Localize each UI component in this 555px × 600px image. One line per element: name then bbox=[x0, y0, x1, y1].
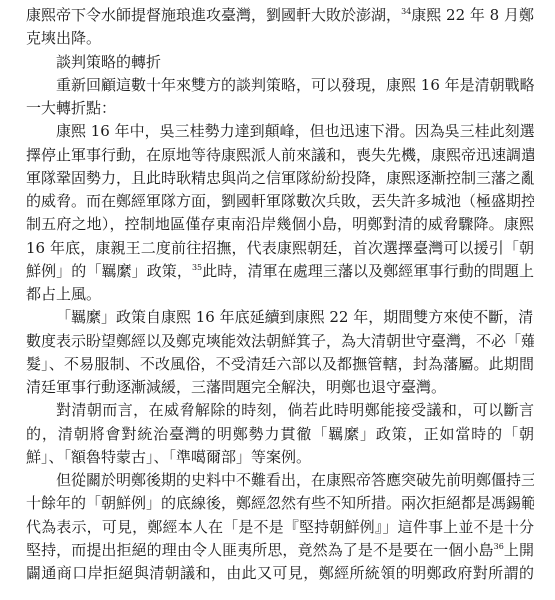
section-heading: 談判策略的轉折 bbox=[26, 51, 534, 74]
paragraph-line: 闢通商口岸拒絕與清朝議和，由此又可見，鄭經所統領的明鄭政府對所謂的 bbox=[26, 562, 534, 585]
line-text: 擇停止軍事行動，在原地等待康熙派人前來議和，喪失先機，康熙帝迅速調遣 bbox=[26, 146, 534, 164]
line-text: 對清朝而言，在威脅解除的時刻，倘若此時明鄭能接受議和，可以斷言 bbox=[56, 401, 534, 419]
line-text: 制五府之地），控制地區僅存東南沿岸幾個小島，明鄭對清的威脅驟降。康熙 bbox=[26, 215, 534, 233]
heading-text: 談判策略的轉折 bbox=[56, 53, 161, 71]
line-text: 闢通商口岸拒絕與清朝議和，由此又可見，鄭經所統領的明鄭政府對所謂的 bbox=[26, 564, 534, 582]
line-text: 此時，清軍在處理三藩以及鄭經軍事行動的問題上 bbox=[202, 262, 534, 280]
line-text: 堅持，而提出拒絕的理由令人匪夷所思，竟然為了是不是要在一個小島 bbox=[26, 541, 494, 559]
paragraph-line: 代為表示，可見，鄭經本人在「是不是『堅持朝鮮例』」這件事上並不是十分 bbox=[26, 516, 534, 539]
footnote-ref-36[interactable]: 36 bbox=[494, 542, 504, 551]
line-text: 「羈縻」政策自康熙 16 年底延續到康熙 22 年，期間雙方來使不斷，清朝 bbox=[56, 308, 534, 326]
line-text: 上開 bbox=[504, 541, 534, 559]
line-text: 克塽出降。 bbox=[26, 29, 101, 47]
paragraph-line: 的，清朝將會對統治臺灣的明鄭勢力貫徹「羈縻」政策，正如當時的「朝 bbox=[26, 423, 534, 446]
paragraph-line: 「羈縻」政策自康熙 16 年底延續到康熙 22 年，期間雙方來使不斷，清朝 bbox=[26, 306, 534, 329]
line-text: 清廷軍事行動逐漸減緩，三藩問題完全解決，明鄭也退守臺灣。 bbox=[26, 378, 446, 396]
paragraph-line: 的威脅。而在鄭經軍隊方面，劉國軒軍隊數次兵敗，丟失許多城池（極盛期控 bbox=[26, 190, 534, 213]
paragraph-line: 鮮例」的「羈縻」政策，35此時，清軍在處理三藩以及鄭經軍事行動的問題上 bbox=[26, 260, 534, 283]
paragraph-line: 康熙帝下令水師提督施琅進攻臺灣，劉國軒大敗於澎湖，34康熙 22 年 8 月鄭 bbox=[26, 4, 534, 27]
paragraph-line: 都占上風。 bbox=[26, 283, 534, 306]
paragraph-line: 一大轉折點： bbox=[26, 97, 534, 120]
document-page: 康熙帝下令水師提督施琅進攻臺灣，劉國軒大敗於澎湖，34康熙 22 年 8 月鄭 … bbox=[26, 4, 534, 585]
line-text: 康熙 22 年 8 月鄭 bbox=[411, 6, 534, 24]
line-text: 重新回顧這數十年來雙方的談判策略，可以發現，康熙 16 年是清朝戰略 bbox=[56, 76, 534, 94]
paragraph-line: 髮」、不易服制、不改風俗，不受清廷六部以及都撫管轄，封為藩屬。此期間 bbox=[26, 353, 534, 376]
line-text: 都占上風。 bbox=[26, 285, 101, 303]
paragraph-line: 康熙 16 年中，吳三桂勢力達到顛峰，但也迅速下滑。因為吳三桂此刻選 bbox=[26, 120, 534, 143]
paragraph-line: 但從關於明鄭後期的史料中不難看出，在康熙帝答應突破先前明鄭僵持三 bbox=[26, 469, 534, 492]
paragraph-line: 克塽出降。 bbox=[26, 27, 534, 50]
line-text: 但從關於明鄭後期的史料中不難看出，在康熙帝答應突破先前明鄭僵持三 bbox=[56, 471, 534, 489]
paragraph-line: 對清朝而言，在威脅解除的時刻，倘若此時明鄭能接受議和，可以斷言 bbox=[26, 399, 534, 422]
line-text: 數度表示盼望鄭經以及鄭克塽能效法朝鮮箕子，為大清朝世守臺灣，不必「薙 bbox=[26, 332, 534, 350]
line-text: 一大轉折點： bbox=[26, 99, 116, 117]
line-text: 十餘年的「朝鮮例」的底線後，鄭經忽然有些不知所措。兩次拒絕都是馮錫範 bbox=[26, 494, 534, 512]
line-text: 康熙 16 年中，吳三桂勢力達到顛峰，但也迅速下滑。因為吳三桂此刻選 bbox=[56, 122, 534, 140]
paragraph-line: 制五府之地），控制地區僅存東南沿岸幾個小島，明鄭對清的威脅驟降。康熙 bbox=[26, 213, 534, 236]
line-text: 鮮」、「額魯特蒙古」、「準噶爾部」等案例。 bbox=[26, 448, 311, 466]
footnote-ref-35[interactable]: 35 bbox=[192, 263, 202, 272]
paragraph-line: 重新回顧這數十年來雙方的談判策略，可以發現，康熙 16 年是清朝戰略 bbox=[26, 74, 534, 97]
line-text: 髮」、不易服制、不改風俗，不受清廷六部以及都撫管轄，封為藩屬。此期間 bbox=[26, 355, 534, 373]
line-text: 鮮例」的「羈縻」政策， bbox=[26, 262, 192, 280]
line-text: 康熙帝下令水師提督施琅進攻臺灣，劉國軒大敗於澎湖， bbox=[26, 6, 401, 24]
paragraph-line: 鮮」、「額魯特蒙古」、「準噶爾部」等案例。 bbox=[26, 446, 534, 469]
paragraph-line: 數度表示盼望鄭經以及鄭克塽能效法朝鮮箕子，為大清朝世守臺灣，不必「薙 bbox=[26, 330, 534, 353]
paragraph-line: 軍隊鞏固勢力，且此時耿精忠與尚之信軍隊紛紛投降，康熙逐漸控制三藩之亂 bbox=[26, 167, 534, 190]
line-text: 的，清朝將會對統治臺灣的明鄭勢力貫徹「羈縻」政策，正如當時的「朝 bbox=[26, 425, 534, 443]
line-text: 16 年底，康親王二度前往招撫，代表康熙朝廷，首次選擇臺灣可以援引「朝 bbox=[26, 239, 534, 257]
line-text: 代為表示，可見，鄭經本人在「是不是『堅持朝鮮例』」這件事上並不是十分 bbox=[26, 518, 534, 536]
paragraph-line: 擇停止軍事行動，在原地等待康熙派人前來議和，喪失先機，康熙帝迅速調遣 bbox=[26, 144, 534, 167]
paragraph-line: 16 年底，康親王二度前往招撫，代表康熙朝廷，首次選擇臺灣可以援引「朝 bbox=[26, 237, 534, 260]
line-text: 的威脅。而在鄭經軍隊方面，劉國軒軍隊數次兵敗，丟失許多城池（極盛期控 bbox=[26, 192, 534, 210]
footnote-ref-34[interactable]: 34 bbox=[401, 7, 411, 16]
line-text: 軍隊鞏固勢力，且此時耿精忠與尚之信軍隊紛紛投降，康熙逐漸控制三藩之亂 bbox=[26, 169, 534, 187]
paragraph-line: 堅持，而提出拒絕的理由令人匪夷所思，竟然為了是不是要在一個小島36上開 bbox=[26, 539, 534, 562]
paragraph-line: 十餘年的「朝鮮例」的底線後，鄭經忽然有些不知所措。兩次拒絕都是馮錫範 bbox=[26, 492, 534, 515]
paragraph-line: 清廷軍事行動逐漸減緩，三藩問題完全解決，明鄭也退守臺灣。 bbox=[26, 376, 534, 399]
